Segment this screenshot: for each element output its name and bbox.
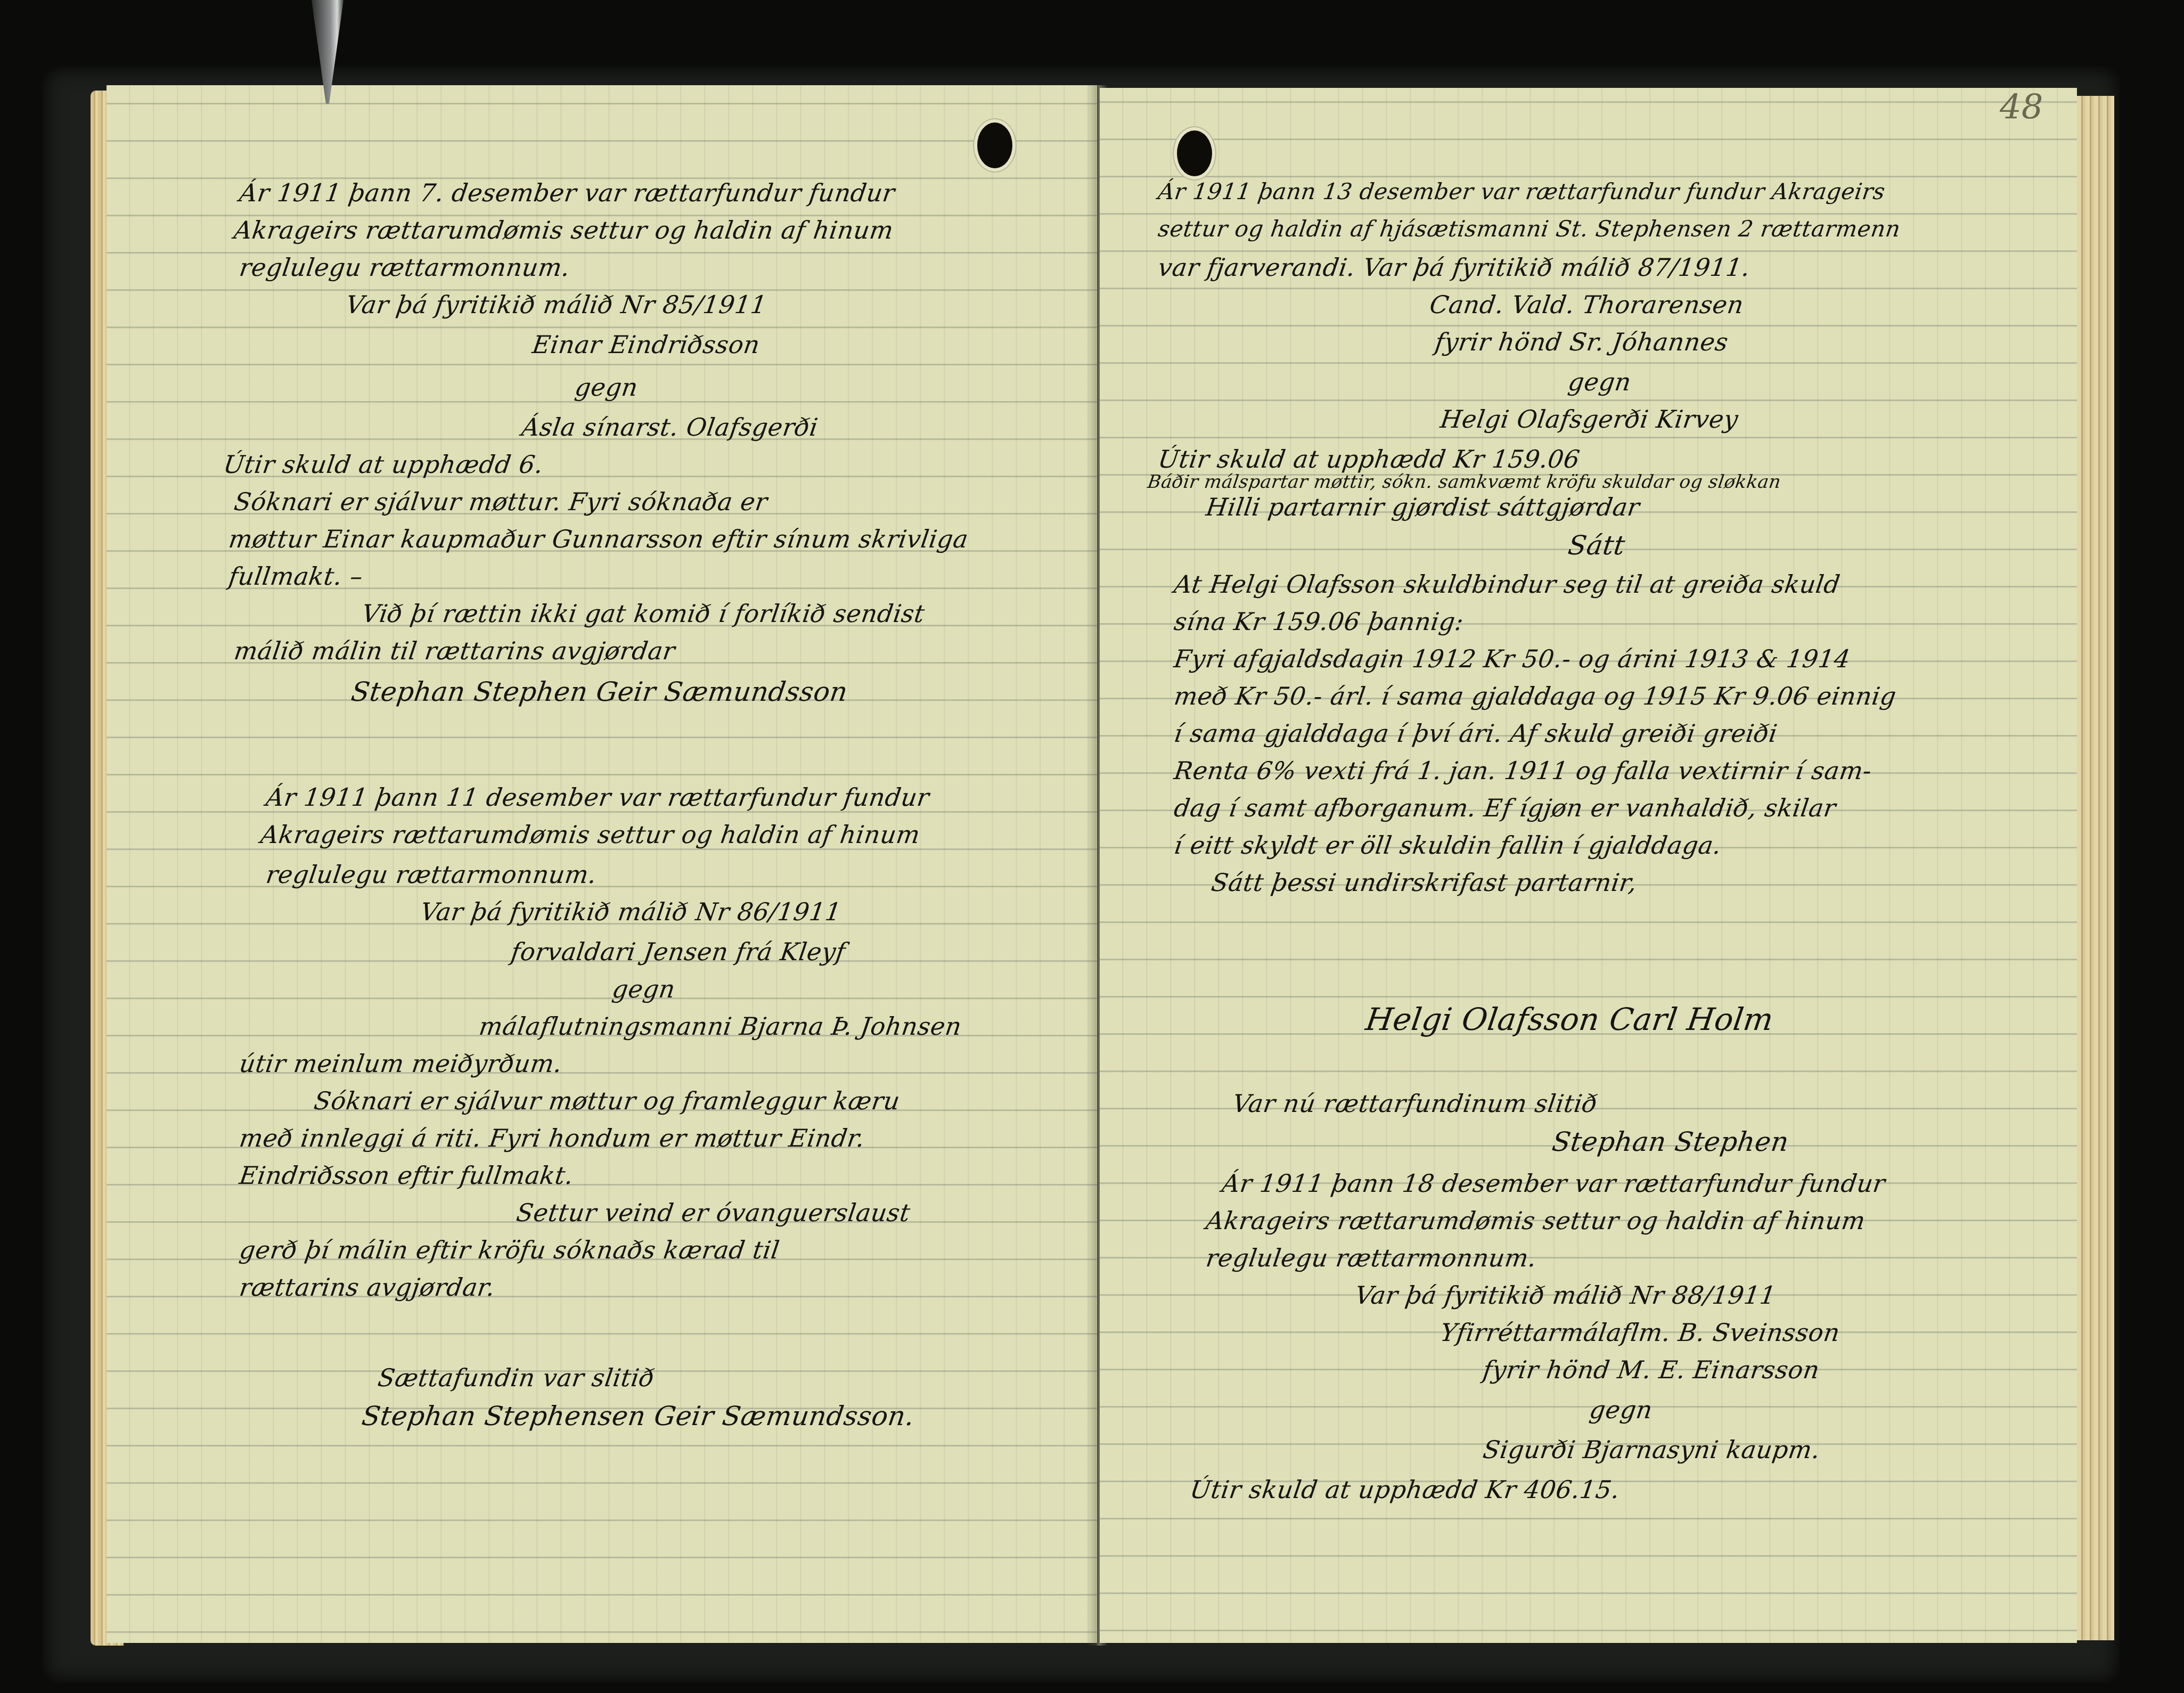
punch-hole-left [977, 122, 1012, 168]
text-line: Ár 1911 þann 18 desember var rættarfundu… [1220, 1169, 1887, 1198]
text-line: Var nú rættarfundinum slitið [1231, 1089, 1599, 1118]
text-line: Útir skuld at upphædd 6. [222, 450, 545, 479]
text-line: gerð þí málin eftir kröfu sóknaðs kærad … [238, 1236, 781, 1264]
text-line: reglulegu rættarmonnum. [1204, 1244, 1539, 1272]
text-line: At Helgi Olafsson skuldbindur seg til at… [1172, 570, 1842, 599]
text-line: Renta 6% vexti frá 1. jan. 1911 og falla… [1172, 756, 1874, 785]
text-line: Helgi Olafsgerði Kirvey [1438, 405, 1740, 434]
text-line: Sóknari er sjálvur møttur. Fyri sóknaða … [232, 487, 770, 516]
text-line: reglulegu rættarmonnum. [264, 860, 599, 889]
text-line: gegn [1566, 367, 1633, 396]
text-line: Hilli partarnir gjørdist sáttgjørdar [1204, 493, 1641, 521]
text-line: Ár 1911 þann 11 desember var rættarfundu… [264, 783, 931, 812]
text-line: rættarins avgjørdar. [238, 1273, 497, 1302]
text-line: Cand. Vald. Thorarensen [1428, 290, 1746, 319]
text-line: forvaldari Jensen frá Kleyf [509, 937, 847, 966]
text-line: Eindriðsson eftir fullmakt. [238, 1161, 575, 1190]
text-line: Við þí rættin ikki gat komið í forlíkið … [360, 599, 927, 628]
text-line: var fjarverandi. Var þá fyritikið málið … [1156, 253, 1752, 282]
text-line: Akrageirs rættarumdømis settur og haldin… [259, 820, 922, 849]
signature-line: Stephan Stephen Geir Sæmundsson [349, 676, 850, 707]
signature-line: Helgi Olafsson Carl Holm [1363, 1001, 1776, 1037]
text-line: Ár 1911 þann 7. desember var rættarfundu… [238, 178, 897, 207]
text-line: Útir skuld at upphædd Kr 159.06 [1156, 445, 1582, 473]
text-line: Sátt [1566, 530, 1627, 561]
text-line: Akrageirs rættarumdømis settur og haldin… [1204, 1206, 1867, 1235]
text-line: dag í samt afborganum. Ef ígjøn er vanha… [1172, 794, 1838, 822]
left-page: Ár 1911 þann 7. desember var rættarfundu… [107, 85, 1097, 1643]
text-line: Sigurði Bjarnasyni kaupm. [1481, 1435, 1822, 1464]
page-block-edge-right [2077, 96, 2114, 1640]
text-line: sína Kr 159.06 þannig: [1172, 607, 1466, 636]
text-line: Var þá fyritikið málið Nr 88/1911 [1353, 1281, 1778, 1310]
text-line: gegn [573, 373, 640, 402]
text-line: með Kr 50.- árl. í sama gjalddaga og 191… [1172, 682, 1898, 710]
text-line: Einar Eindriðsson [530, 330, 762, 359]
text-line: reglulegu rættarmonnum. [238, 253, 572, 282]
text-line: Sættafundin var slitið [376, 1363, 656, 1392]
text-line: með innleggi á riti. Fyri hondum er møtt… [238, 1124, 866, 1152]
text-line: í eitt skyldt er öll skuldin fallin í gj… [1172, 831, 1723, 860]
text-line: fullmakt. – [227, 562, 365, 591]
signature-line: Stephan Stephensen Geir Sæmundsson. [360, 1401, 917, 1432]
folio-number: 48 [2000, 88, 2043, 127]
text-line: Útir skuld at upphædd Kr 406.15. [1188, 1475, 1622, 1504]
text-line: møttur Einar kaupmaður Gunnarsson eftir … [227, 525, 970, 553]
text-line: settur og haldin af hjásætismanni St. St… [1157, 216, 1902, 242]
text-line: fyrir hönd Sr. Jóhannes [1433, 328, 1730, 356]
text-line: Ásla sínarst. Olafsgerði [520, 413, 820, 441]
text-line: Báðir málspartar møttir, sókn. samkvæmt … [1146, 471, 1782, 493]
text-line: Var þá fyritikið málið Nr 85/1911 [344, 290, 768, 319]
text-line: fyrir hönd M. E. Einarsson [1481, 1355, 1821, 1384]
text-line: í sama gjalddaga í því ári. Af skuld gre… [1172, 719, 1779, 748]
text-line: Akrageirs rættarumdømis settur og haldin… [232, 216, 895, 244]
text-line: gegn [610, 975, 677, 1003]
text-line: málaflutningsmanni Bjarna Þ. Johnsen [477, 1012, 963, 1041]
text-line: Sátt þessi undirskrifast partarnir, [1209, 868, 1639, 897]
signature-line: Stephan Stephen [1550, 1126, 1791, 1157]
text-line: útir meinlum meiðyrðum. [238, 1049, 564, 1078]
text-line: Fyri afgjaldsdagin 1912 Kr 50.- og árini… [1172, 644, 1852, 673]
text-line: Sóknari er sjálvur møttur og framleggur … [312, 1086, 902, 1115]
text-line: Yfirréttarmálaflm. B. Sveinsson [1438, 1318, 1842, 1347]
text-line: Ár 1911 þann 13 desember var rættarfundu… [1157, 178, 1887, 205]
right-page: 48 Ár 1911 þann 13 desember var rættarfu… [1100, 88, 2077, 1643]
punch-hole-right [1177, 130, 1212, 176]
text-line: Settur veind er óvanguerslaust [514, 1198, 912, 1227]
text-line: Var þá fyritikið málið Nr 86/1911 [419, 897, 843, 926]
text-line: málið málin til rættarins avgjørdar [232, 636, 677, 665]
text-line: gegn [1588, 1395, 1654, 1424]
